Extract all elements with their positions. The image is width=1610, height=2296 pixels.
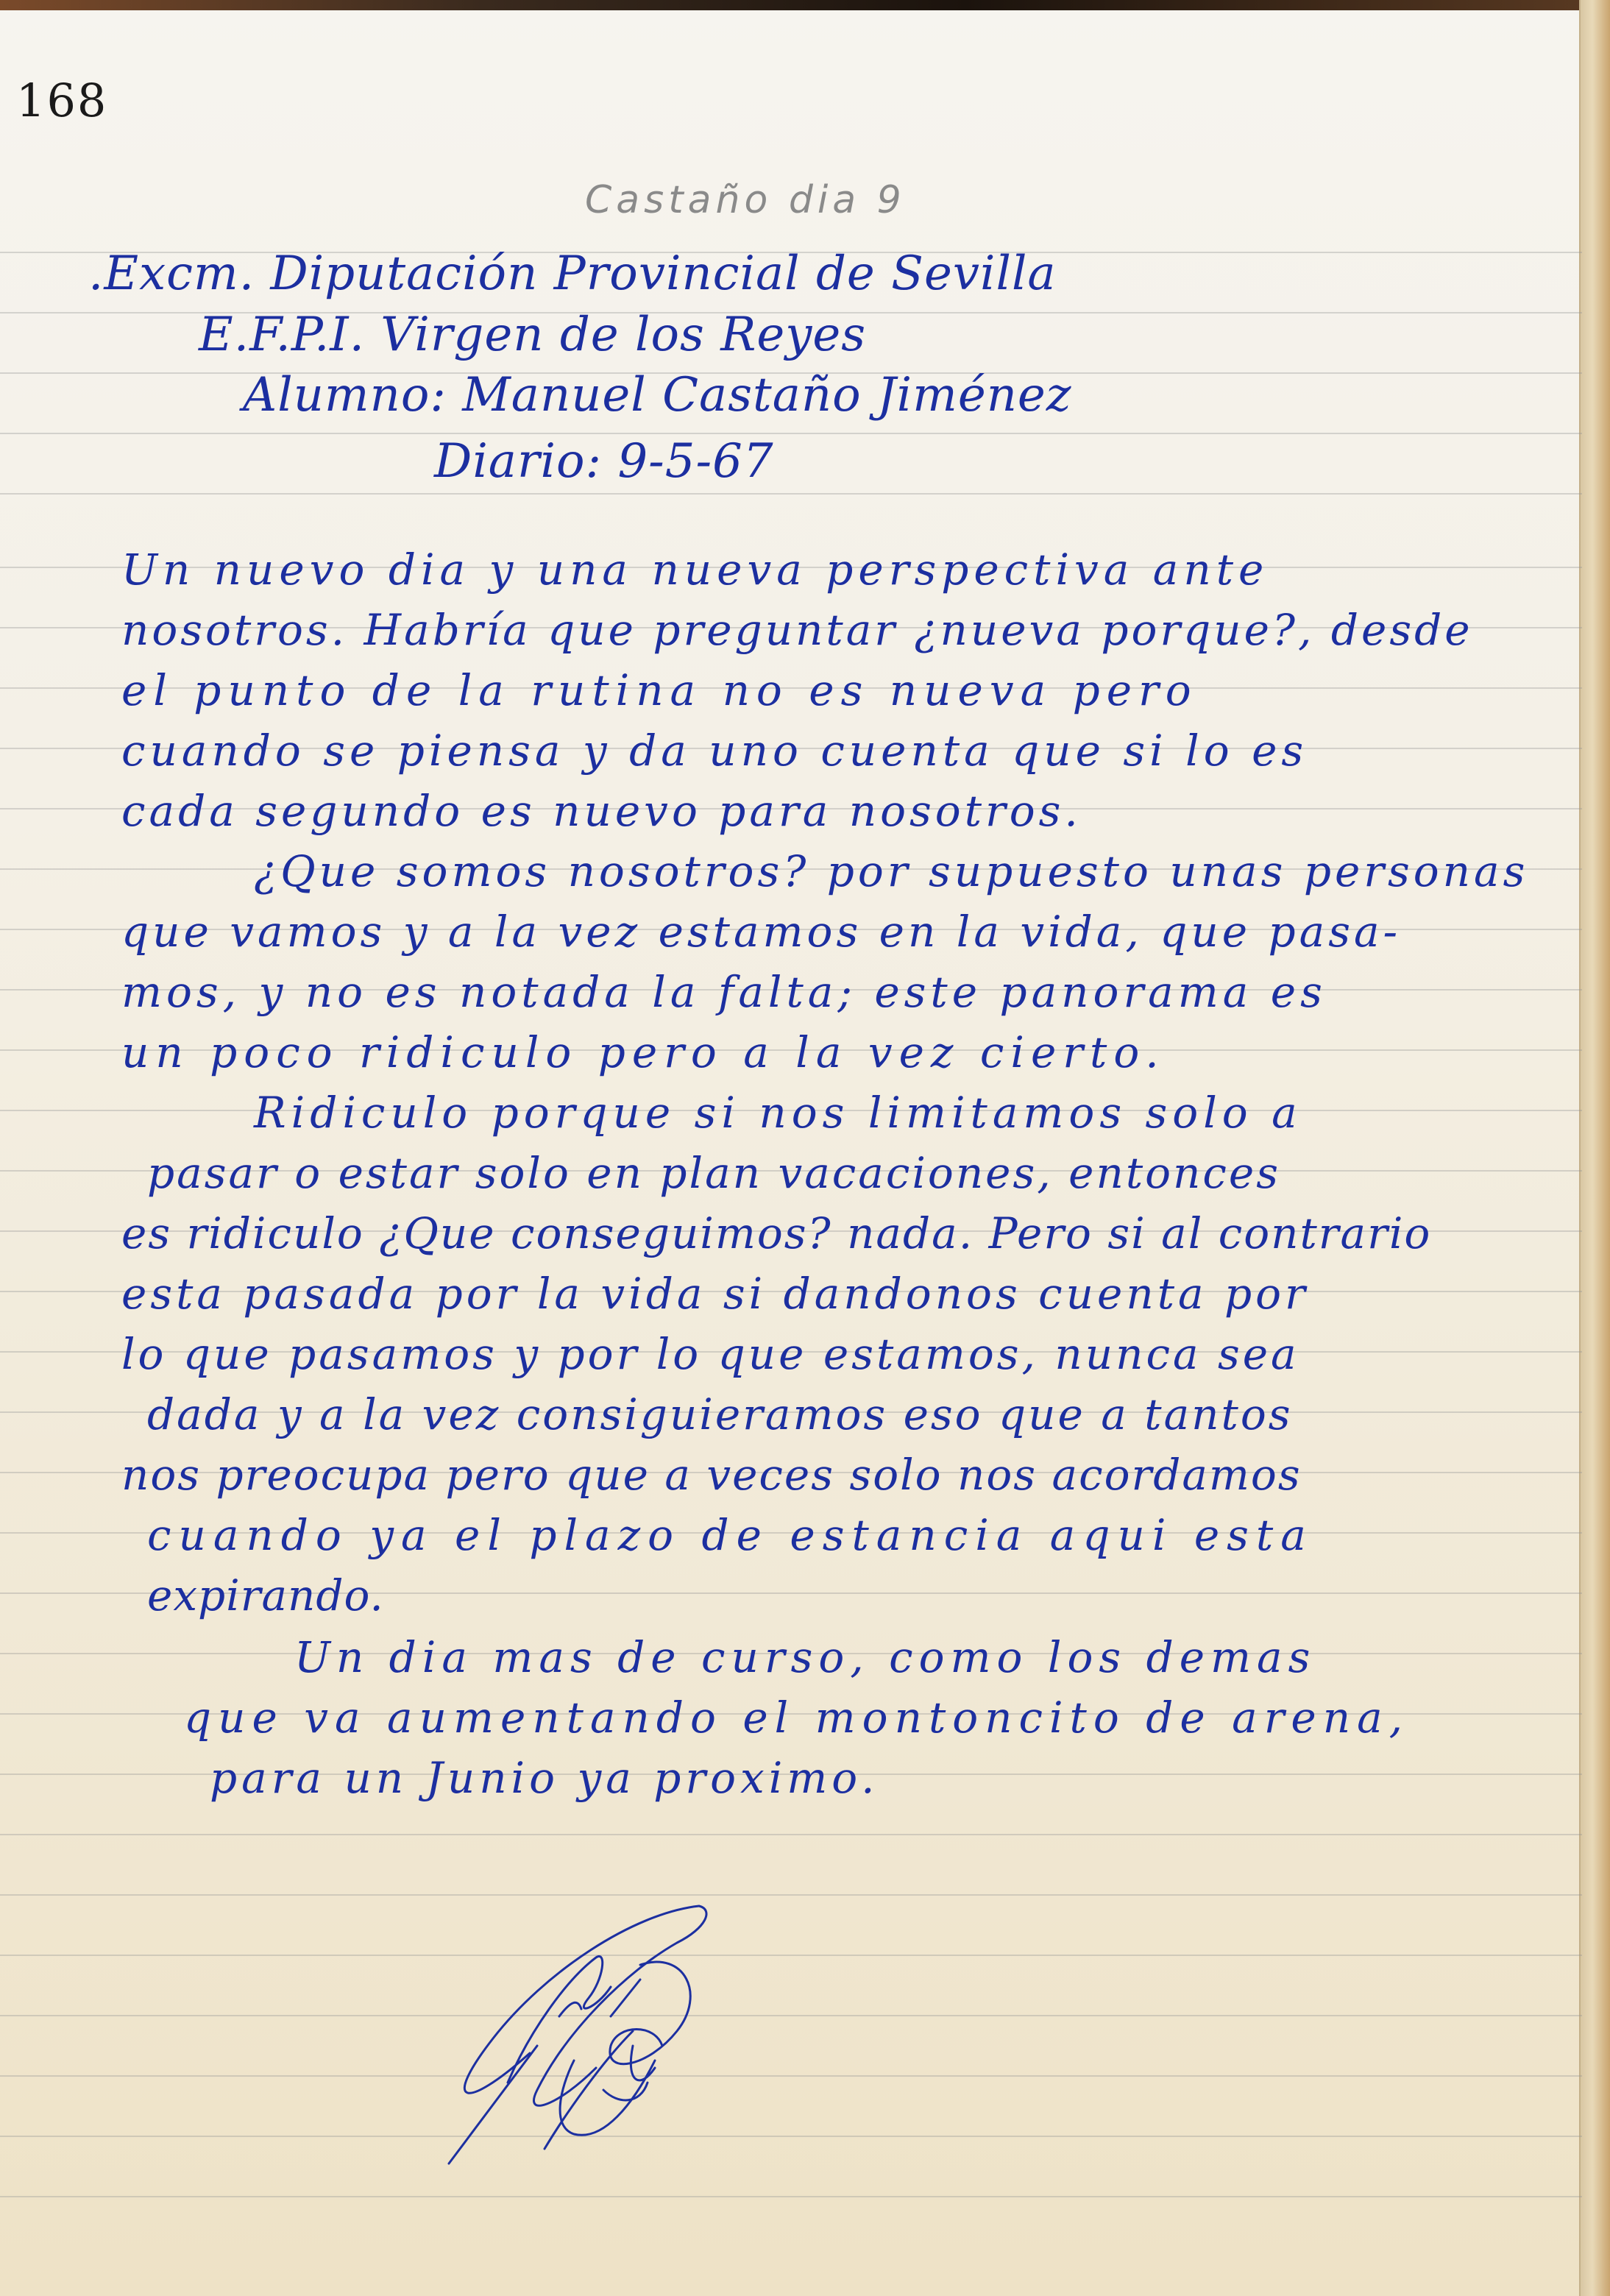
body-line: pasar o estar solo en plan vacaciones, e…	[147, 1148, 1280, 1198]
body-line: para un Junio ya proximo.	[210, 1753, 879, 1803]
body-line: esta pasada por la vida si dandonos cuen…	[121, 1269, 1309, 1319]
body-line: Un nuevo dia y una nueva perspectiva ant…	[121, 545, 1269, 595]
diary-label: Diario:	[434, 434, 602, 489]
pencil-annotation: Castaño dia 9	[585, 178, 906, 222]
page-top-edge	[0, 0, 1610, 10]
signature-scribble	[419, 1869, 728, 2178]
body-line: que vamos y a la vez estamos en la vida,…	[121, 907, 1401, 957]
body-line: dada y a la vez consiguieramos eso que a…	[147, 1389, 1293, 1439]
body-line: lo que pasamos y por lo que estamos, nun…	[121, 1329, 1299, 1379]
notebook-spine	[1579, 0, 1610, 2296]
body-line: mos, y no es notada la falta; este panor…	[121, 967, 1327, 1017]
body-line: el punto de la rutina no es nueva pero	[121, 665, 1198, 715]
student-name: Manuel Castaño Jiménez	[462, 368, 1071, 422]
diary-date-line: Diario: 9-5-67	[434, 434, 774, 489]
body-line: Un dia mas de curso, como los demas	[294, 1632, 1316, 1682]
student-label: Alumno:	[243, 368, 447, 422]
body-line: que va aumentando el montoncito de arena…	[184, 1693, 1409, 1743]
institution-line: .Excm. Diputación Provincial de Sevilla	[88, 247, 1057, 301]
page-number: 168	[16, 74, 107, 127]
body-line: expirando.	[147, 1570, 384, 1620]
diary-date: 9-5-67	[617, 434, 773, 489]
body-line: cada segundo es nuevo para nosotros.	[121, 786, 1082, 836]
body-line: es ridiculo ¿Que conseguimos? nada. Pero…	[121, 1208, 1431, 1258]
student-line: Alumno: Manuel Castaño Jiménez	[243, 368, 1072, 422]
body-line: nosotros. Habría que preguntar ¿nueva po…	[121, 605, 1473, 655]
body-line: un poco ridiculo pero a la vez cierto.	[121, 1027, 1166, 1077]
school-line: E.F.P.I. Virgen de los Reyes	[199, 308, 866, 362]
body-line: Ridiculo porque si nos limitamos solo a	[254, 1088, 1302, 1138]
body-line: ¿Que somos nosotros? por supuesto unas p…	[254, 846, 1528, 896]
body-line: cuando ya el plazo de estancia aqui esta	[147, 1510, 1313, 1560]
body-line: cuando se piensa y da uno cuenta que si …	[121, 726, 1308, 776]
body-line: nos preocupa pero que a veces solo nos a…	[121, 1450, 1302, 1500]
